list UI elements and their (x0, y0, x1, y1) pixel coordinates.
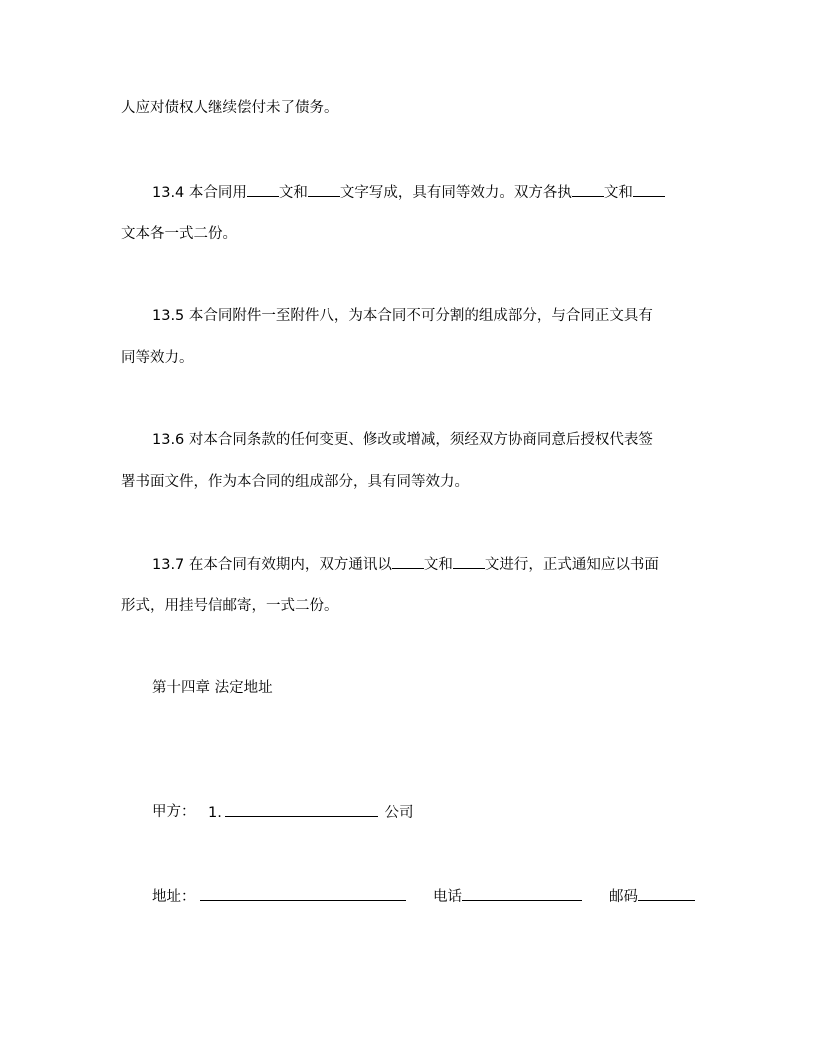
blank-field[interactable] (392, 554, 424, 569)
phone-label: 电话 (433, 889, 462, 905)
clause-13-4-line2: 文本各一式二份。 (121, 224, 237, 244)
address-row: 地址： (152, 886, 406, 906)
clause-text: 署书面文件，作为本合同的组成部分，具有同等效力。 (121, 474, 469, 490)
clause-text: 文和 (279, 185, 308, 201)
clause-13-7-line2: 形式，用挂号信邮寄，一式二份。 (121, 596, 339, 616)
company-name-field[interactable] (225, 802, 378, 817)
postcode-label: 邮码 (609, 889, 638, 905)
clause-13-6-line2: 署书面文件，作为本合同的组成部分，具有同等效力。 (121, 472, 469, 492)
clause-text: 本合同用 (189, 185, 247, 201)
blank-field[interactable] (247, 182, 279, 197)
clause-text: 对本合同条款的任何变更、修改或增减，须经双方协商同意后授权代表签 (189, 432, 653, 448)
clause-13-5-line1: 13.5 本合同附件一至附件八，为本合同不可分割的组成部分，与合同正文具有 (152, 306, 653, 326)
clause-13-7-line1: 13.7 在本合同有效期内，双方通讯以文和文进行，正式通知应以书面 (152, 554, 659, 574)
address-field[interactable] (200, 886, 406, 901)
clause-text: 文进行，正式通知应以书面 (485, 557, 659, 573)
clause-number: 13.7 (152, 557, 184, 573)
party-a-row: 甲方： (152, 802, 196, 822)
clause-text: 本合同附件一至附件八，为本合同不可分割的组成部分，与合同正文具有 (189, 308, 653, 324)
party-a-label: 甲方： (152, 804, 196, 820)
chapter-title: 第十四章 法定地址 (152, 678, 273, 698)
postcode-field[interactable] (638, 886, 695, 901)
company-suffix: 公司 (384, 805, 413, 821)
paragraph-continuation: 人应对债权人继续偿付未了债务。 (121, 98, 339, 118)
party-index: 1. (208, 805, 222, 821)
clause-text: 在本合同有效期内，双方通讯以 (189, 557, 392, 573)
clause-text: 文和 (604, 185, 633, 201)
clause-number: 13.6 (152, 432, 184, 448)
clause-number: 13.4 (152, 185, 184, 201)
blank-field[interactable] (453, 554, 485, 569)
chapter-heading: 第十四章 法定地址 (152, 680, 273, 696)
address-label: 地址： (152, 889, 196, 905)
clause-text: 文本各一式二份。 (121, 226, 237, 242)
phone-group: 电话 (433, 886, 582, 906)
clause-text: 文字写成，具有同等效力。双方各执 (340, 185, 572, 201)
party-a-field: 1. 公司 (208, 802, 413, 822)
clause-13-4-line1: 13.4 本合同用文和文字写成，具有同等效力。双方各执文和 (152, 182, 697, 202)
clause-text: 形式，用挂号信邮寄，一式二份。 (121, 598, 339, 614)
clause-13-6-line1: 13.6 对本合同条款的任何变更、修改或增减，须经双方协商同意后授权代表签 (152, 430, 653, 450)
clause-text: 文和 (424, 557, 453, 573)
blank-field[interactable] (308, 182, 340, 197)
clause-text: 同等效力。 (121, 350, 194, 366)
postcode-group: 邮码 (609, 886, 695, 906)
clause-number: 13.5 (152, 308, 184, 324)
clause-13-5-line2: 同等效力。 (121, 348, 194, 368)
continuation-text: 人应对债权人继续偿付未了债务。 (121, 100, 339, 116)
blank-field[interactable] (572, 182, 604, 197)
phone-field[interactable] (462, 886, 582, 901)
blank-field[interactable] (633, 182, 665, 197)
